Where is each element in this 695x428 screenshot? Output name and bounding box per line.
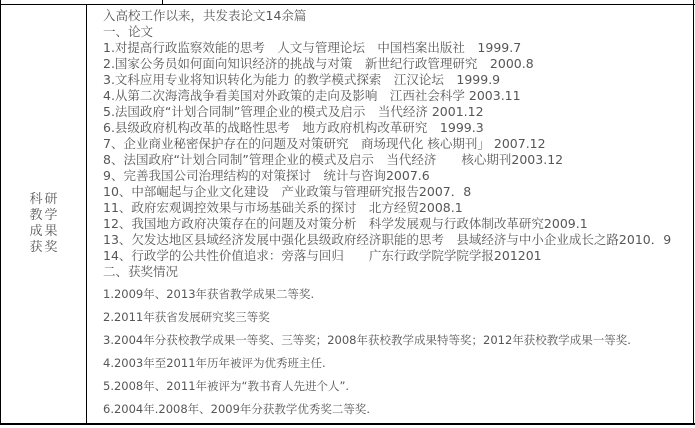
paper-item: 13、欠发达地区县域经济发展中强化县级政府经济职能的思考 县域经济与中小企业成长…: [103, 232, 693, 248]
content-cell: 入高校工作以来，共发表论文14余篇 一、论文 1.对提高行政监察效能的思考 人文…: [87, 5, 693, 423]
paper-item: 12、我国地方政府决策存在的问题及对策分析 科学发展观与行政体制改革研究2009…: [103, 216, 693, 232]
award-item: 4.2003年至2011年历年被评为优秀班主任.: [103, 356, 693, 370]
paper-item: 8、法国政府“计划合同制”管理企业的模式及启示 当代经济 核心期刊2003.12: [103, 152, 693, 168]
row-header-line: 教学: [29, 208, 59, 224]
paper-item: 1.对提高行政监察效能的思考 人文与管理论坛 中国档案出版社 1999.7: [103, 40, 693, 56]
intro-line: 入高校工作以来，共发表论文14余篇: [103, 8, 693, 24]
award-item: 3.2004年分获校教学成果一等奖、三等奖；2008年获校教学成果特等奖；201…: [103, 333, 693, 347]
paper-item: 4.从第二次海湾战争看美国对外政策的走向及影响 江西社会科学 2003.11: [103, 88, 693, 104]
paper-item: 7、企业商业秘密保护存在的问题及对策研究 商场现代化 核心期刊」 2007.12: [103, 136, 693, 152]
paper-item: 5.法国政府“计划合同制”管理企业的模式及启示 当代经济 2001.12: [103, 104, 693, 120]
paper-item: 3.文科应用专业将知识转化为能力 的教学模式探索 江汉论坛 1999.9: [103, 72, 693, 88]
award-item: 5.2008年、2011年被评为“教书育人先进个人”.: [103, 379, 693, 393]
row-header-line: 成果: [29, 224, 59, 240]
paper-item: 14、行政学的公共性价值追求：旁落与回归 广东行政学院学院学报201201: [103, 248, 693, 264]
award-item: 6.2004年.2008年、2009年分获教学优秀奖二等奖.: [103, 402, 693, 416]
papers-section-header: 一、论文: [103, 24, 693, 40]
row-header-cell: 科研 教学 成果 获奖: [1, 5, 86, 423]
paper-item: 2.国家公务员如何面向知识经济的挑战与对策 新世纪行政管理研究 2000.8: [103, 56, 693, 72]
row-header-line: 科研: [29, 192, 59, 208]
row-header-label: 科研 教学 成果 获奖: [27, 192, 59, 256]
table-right-border: [693, 0, 694, 425]
document-page: 科研 教学 成果 获奖 入高校工作以来，共发表论文14余篇 一、论文 1.对提高…: [0, 0, 695, 428]
paper-item: 11、政府宏观调控效果与市场基础关系的探讨 北方经贸2008.1: [103, 200, 693, 216]
paper-item: 10、中部崛起与企业文化建设 产业政策与管理研究报告2007．8: [103, 184, 693, 200]
paper-item: 6.县级政府机构改革的战略性思考 地方政府机构改革研究 1999.3: [103, 120, 693, 136]
table-bottom-border: [0, 423, 695, 425]
award-item: 1.2009年、2013年获省教学成果二等奖.: [103, 287, 693, 301]
row-header-line: 获奖: [29, 240, 59, 256]
awards-section-header: 二、获奖情况: [103, 264, 693, 280]
paper-item: 9、完善我国公司治理结构的对策探讨 统计与咨询2007.6: [103, 168, 693, 184]
previous-row-divider-remnant: [162, 0, 163, 4]
award-item: 2.2011年获省发展研究奖三等奖: [103, 310, 693, 324]
